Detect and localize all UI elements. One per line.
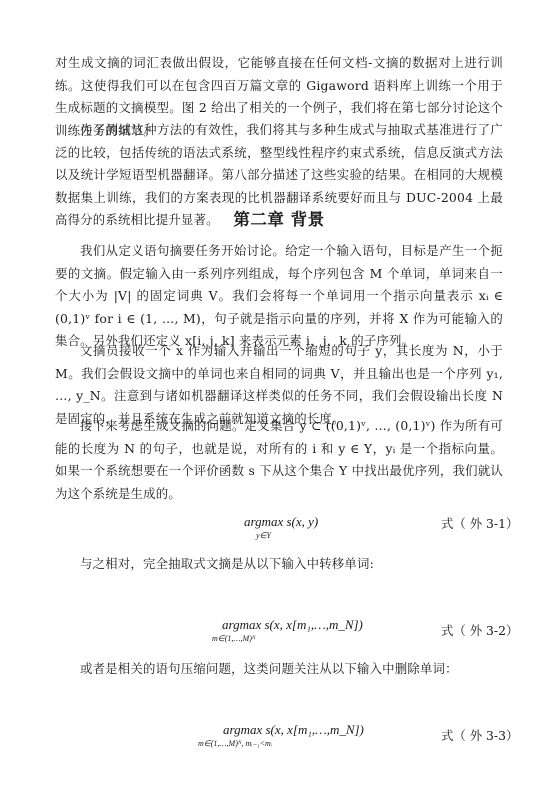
equation-subscript: m∈(1,…,M)ᴺ, mᵢ₋₁<mᵢ: [198, 739, 272, 748]
paragraph-compression: 或者是相关的语句压缩问题，这类问题关注从以下输入中删除单词：: [55, 658, 503, 681]
equation-label-3-2: 式（ 外 3-2）: [441, 621, 518, 639]
equation-expression: argmax s(x, y): [244, 514, 318, 530]
paragraph-extractive: 与之相对，完全抽取式文摘是从以下输入中转移单词:: [55, 553, 503, 576]
equation-subscript: m∈(1,…,M)ᴺ: [212, 634, 256, 643]
equation-expression: argmax s(x, x[m₁,…,m_N]): [222, 617, 363, 633]
equation-expression: argmax s(x, x[m₁,…,m_N]): [223, 722, 364, 738]
equation-3-3: argmax s(x, x[m₁,…,m_N]) m∈(1,…,M)ᴺ, mᵢ₋…: [198, 722, 438, 756]
equation-subscript: y∈Y: [256, 531, 271, 540]
chapter-heading: 第二章 背景: [0, 206, 558, 230]
equation-label-3-3: 式（ 外 3-3）: [441, 726, 518, 744]
document-page: 对生成文摘的词汇表做出假设，它能够直接在任何文档-文摘的数据对上进行训练。这使得…: [0, 0, 558, 797]
paragraph-task-definition: 我们从定义语句摘要任务开始讨论。给定一个输入语句，目标是产生一个扼要的文摘。假定…: [55, 240, 503, 353]
equation-3-2: argmax s(x, x[m₁,…,m_N]) m∈(1,…,M)ᴺ: [212, 617, 432, 651]
equation-3-1: argmax s(x, y) y∈Y: [240, 514, 440, 548]
equation-label-3-1: 式（ 外 3-1）: [441, 514, 518, 532]
paragraph-generation: 接下来考虑生成文摘的问题。定义集合 y ⊂ ((0,1)ᵛ, …, (0,1)ᵛ…: [55, 415, 503, 505]
